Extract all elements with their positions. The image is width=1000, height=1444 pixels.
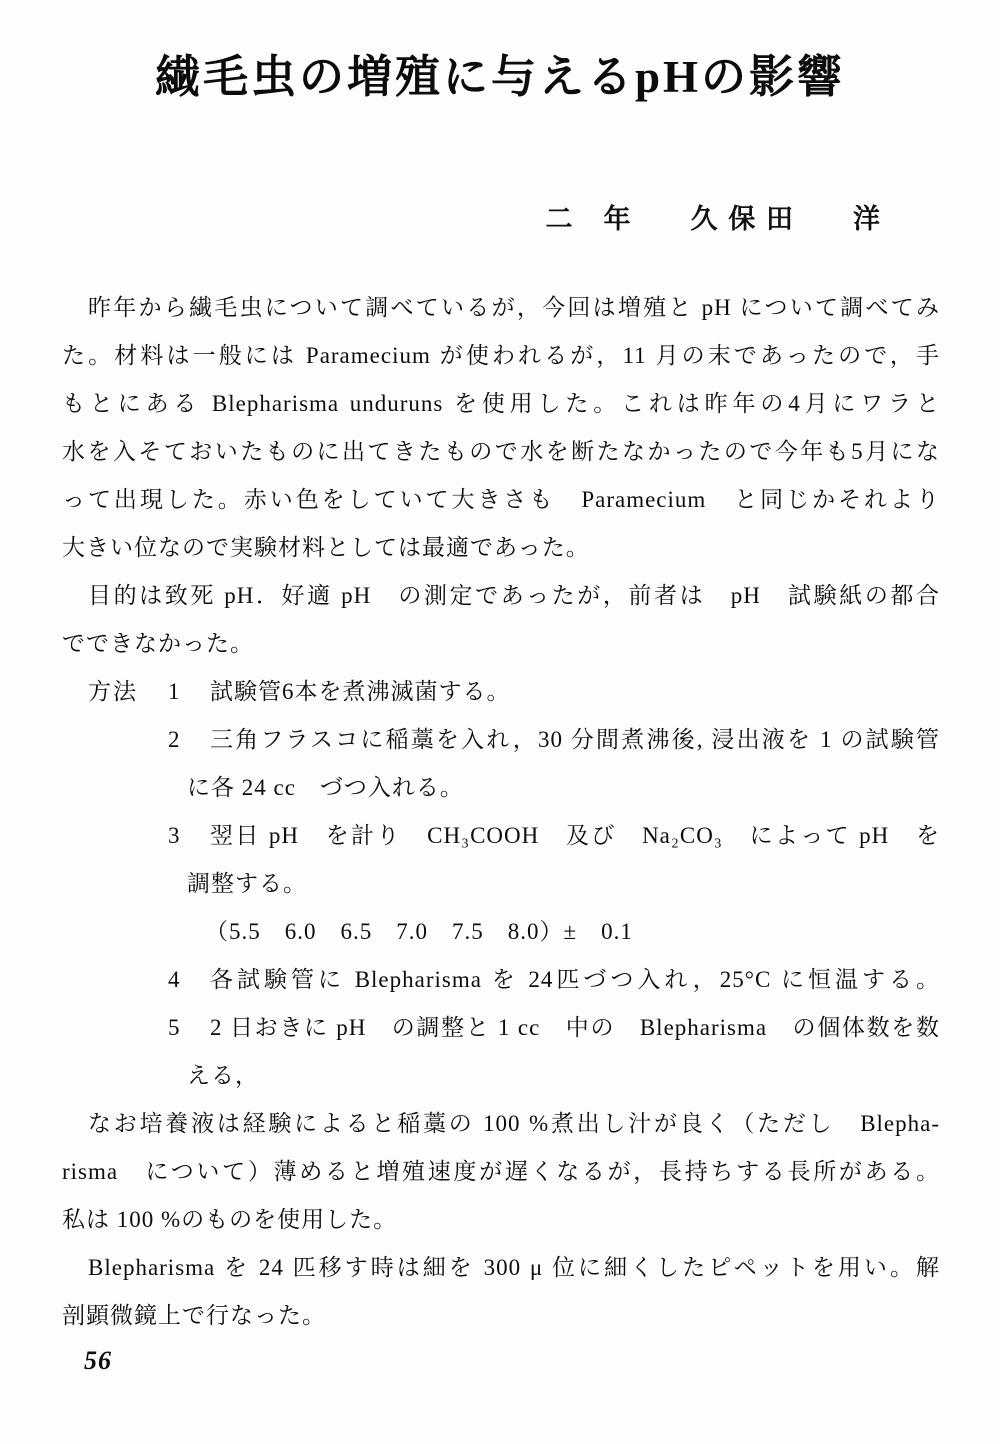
text-line: に各 24 cc づつ入れる。	[62, 764, 940, 812]
line-text: 2 日おきに pH の調整と 1 cc 中の Blepharisma の個体数を…	[210, 1015, 940, 1040]
line-text: 大きい位なので実験材料としては最適であった。	[62, 535, 590, 560]
line-text: 水を入そておいたものに出てきたもので水を断たなかったので今年も5月にな	[62, 439, 940, 464]
document-page: 繊毛虫の増殖に与えるpHの影響 二 年 久 保 田 洋 昨年から繊毛虫について調…	[0, 0, 1000, 1444]
text-line: なお培養液は経験によると稲藁の 100 %煮出し汁が良く（ただし Blepha-	[62, 1100, 940, 1148]
line-text: 剖顕微鏡上で行なった。	[62, 1303, 326, 1328]
text-line: 調整する。	[62, 860, 940, 908]
line-text: える，	[187, 1063, 259, 1088]
line-text: でできなかった。	[62, 631, 254, 656]
line-text: 昨年から繊毛虫について調べているが，今回は増殖と pH について調べてみ	[88, 295, 940, 320]
line-text: 私は 100 %のものを使用した。	[62, 1207, 397, 1232]
byline: 二 年 久 保 田 洋	[62, 166, 940, 267]
method-step-number: 1	[168, 668, 181, 716]
text-line: 方法1試験管6本を煮沸滅菌する。	[62, 668, 940, 716]
text-line: 3翌日 pH を計り CH₃COOH 及び Na₂CO₃ によって pH を	[62, 812, 940, 860]
text-line: 昨年から繊毛虫について調べているが，今回は増殖と pH について調べてみ	[62, 284, 940, 332]
text-line: もとにある Blepharisma unduruns を使用した。これは昨年の4…	[62, 380, 940, 428]
text-line: Blepharisma を 24 匹移す時は細を 300 μ 位に細くしたピペッ…	[62, 1244, 940, 1292]
line-text: た。材料は一般には Paramecium が使われるが，11 月の末であったので…	[62, 343, 940, 368]
byline-text: 二 年 久 保 田 洋	[546, 197, 883, 236]
text-line: 2三角フラスコに稲藁を入れ，30 分間煮沸後, 浸出液を 1 の試験管	[62, 716, 940, 764]
method-step-number: 5	[168, 1004, 181, 1052]
line-text: Blepharisma を 24 匹移す時は細を 300 μ 位に細くしたピペッ…	[88, 1255, 940, 1280]
line-text: って出現した。赤い色をしていて大きさも Paramecium と同じかそれより	[62, 487, 940, 512]
text-line: 4各試験管に Blepharisma を 24匹づつ入れ，25°C に恒温する。	[62, 956, 940, 1004]
method-step-number: 3	[168, 812, 181, 860]
line-text: なお培養液は経験によると稲藁の 100 %煮出し汁が良く（ただし Blepha-	[88, 1111, 940, 1136]
line-text: 各試験管に Blepharisma を 24匹づつ入れ，25°C に恒温する。	[210, 967, 940, 992]
method-step-number: 4	[168, 956, 181, 1004]
text-line: 目的は致死 pH．好適 pH の測定であったが，前者は pH 試験紙の都合	[62, 572, 940, 620]
line-text: 目的は致死 pH．好適 pH の測定であったが，前者は pH 試験紙の都合	[88, 583, 940, 608]
text-line: た。材料は一般には Paramecium が使われるが，11 月の末であったので…	[62, 332, 940, 380]
page-number: 56	[84, 1346, 112, 1376]
line-text: 試験管6本を煮沸滅菌する。	[210, 679, 511, 704]
line-text: もとにある Blepharisma unduruns を使用した。これは昨年の4…	[62, 391, 940, 416]
line-text: 調整する。	[187, 871, 307, 896]
method-step-number: 2	[168, 716, 181, 764]
page-title: 繊毛虫の増殖に与えるpHの影響	[0, 40, 1000, 105]
line-text: 三角フラスコに稲藁を入れ，30 分間煮沸後, 浸出液を 1 の試験管	[210, 727, 940, 752]
text-line: える，	[62, 1052, 940, 1100]
text-line: って出現した。赤い色をしていて大きさも Paramecium と同じかそれより	[62, 476, 940, 524]
text-line: 剖顕微鏡上で行なった。	[62, 1292, 940, 1340]
text-line: でできなかった。	[62, 620, 940, 668]
line-text: に各 24 cc づつ入れる。	[187, 775, 464, 800]
text-line: 水を入そておいたものに出てきたもので水を断たなかったので今年も5月にな	[62, 428, 940, 476]
text-line: 52 日おきに pH の調整と 1 cc 中の Blepharisma の個体数…	[62, 1004, 940, 1052]
body-text: 昨年から繊毛虫について調べているが，今回は増殖と pH について調べてみた。材料…	[62, 284, 940, 1340]
text-line: （5.5 6.0 6.5 7.0 7.5 8.0）± 0.1	[62, 908, 940, 956]
text-line: 大きい位なので実験材料としては最適であった。	[62, 524, 940, 572]
line-text: risma について）薄めると増殖速度が遅くなるが，長持ちする長所がある。	[62, 1159, 940, 1184]
text-line: risma について）薄めると増殖速度が遅くなるが，長持ちする長所がある。	[62, 1148, 940, 1196]
method-section-label: 方法	[88, 668, 138, 716]
line-text: （5.5 6.0 6.5 7.0 7.5 8.0）± 0.1	[205, 919, 633, 944]
text-line: 私は 100 %のものを使用した。	[62, 1196, 940, 1244]
line-text: 翌日 pH を計り CH₃COOH 及び Na₂CO₃ によって pH を	[210, 823, 940, 848]
